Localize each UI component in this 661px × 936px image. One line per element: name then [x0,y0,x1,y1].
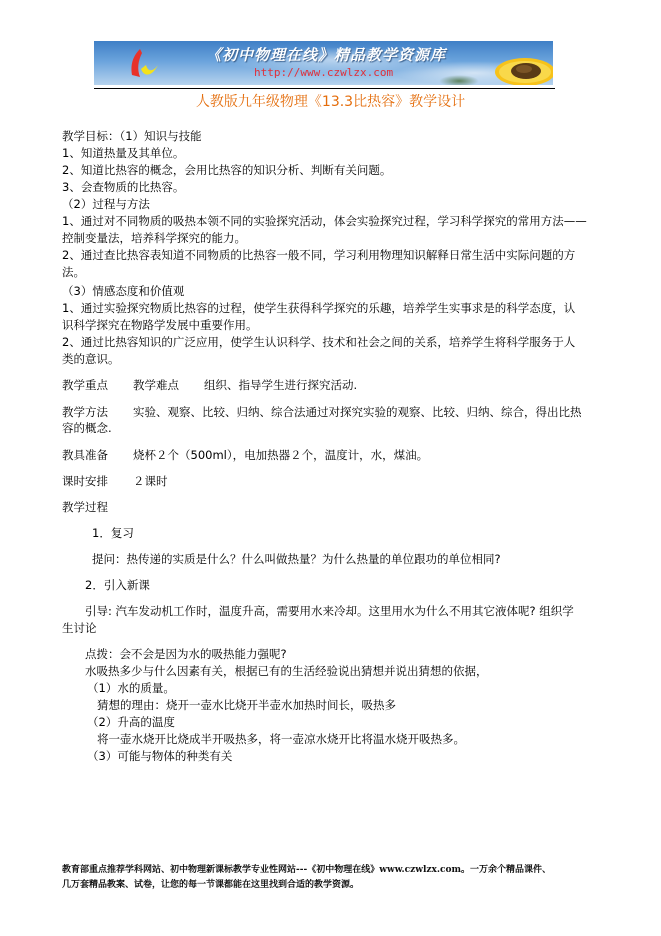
banner-url[interactable]: http://www.czwlzx.com [254,66,393,79]
attitude-item: 1、通过实验探究物质比热容的过程，使学生获得科学探究的乐趣，培养学生实事求是的科… [62,301,575,315]
schedule-row: 课时安排 ２课时 [62,474,108,488]
attitude-item-cont: 类的意识。 [62,352,120,366]
attitude-item: 2、通过比热容知识的广泛应用，使学生认识科学、技术和社会之间的关系，培养学生将科… [62,335,575,349]
footer-line: 几万套精品教案、试卷，让您的每一节课都能在这里找到合适的教学资源。 [62,877,359,890]
attitude-heading: （3）情感态度和价值观 [62,284,184,298]
process-heading: （2）过程与方法 [62,197,150,211]
process-item: 1、通过对不同物质的吸热本领不同的实验探究活动，体会实验探究过程，学习科学探究的… [62,214,587,228]
methods-value-cont: 容的概念. [62,421,112,435]
objective-item: 3、会查物质的比热容。 [62,180,184,194]
site-banner[interactable]: 《初中物理在线》精品教学资源库 http://www.czwlzx.com [94,41,553,85]
process-item-cont: 控制变量法，培养科学探究的能力。 [62,231,246,245]
factor-detail: 将一壶水烧开比烧成半开吸热多，将一壶凉水烧开比将温水烧开吸热多。 [97,732,465,746]
materials-value: 烧杯２个（500ml），电加热器２个，温度计，水，煤油。 [133,448,428,462]
banner-title: 《初中物理在线》精品教学资源库 [206,44,446,65]
objective-item: 1、知道热量及其单位。 [62,146,184,160]
guide-text-cont: 生讨论 [62,621,97,635]
hint-follow-text: 水吸热多少与什么因素有关，根据已有的生活经验说出猜想并说出猜想的依据， [85,664,488,678]
materials-row: 教具准备 烧杯２个（500ml），电加热器２个，温度计，水，煤油。 [62,448,108,462]
review-question: 提问：热传递的实质是什么？什么叫做热量？为什么热量的单位跟功的单位相同? [92,552,501,566]
teaching-process-heading: 教学过程 [62,500,108,514]
schedule-value: ２课时 [133,474,168,488]
objectives-heading: 教学目标：（1）知识与技能 [62,129,202,143]
key-points-label: 教学重点 [62,378,108,392]
factor-label: （3）可能与物体的种类有关 [87,749,232,763]
review-heading: 1．复习 [92,526,134,540]
materials-label: 教具准备 [62,448,108,462]
methods-value: 实验、观察、比较、归纳、综合法通过对探究实验的观察、比较、归纳、综合，得出比热 [133,405,582,419]
sunflower-icon [493,55,553,85]
guide-text: 引导: 汽车发动机工作时，温度升高，需要用水来冷却。这里用水为什么不用其它液体呢… [85,604,574,618]
objective-item: 2、知道比热容的概念，会用比热容的知识分析、判断有关问题。 [62,163,391,177]
document-page: 《初中物理在线》精品教学资源库 http://www.czwlzx.com 人教… [0,0,661,936]
key-points-value: 组织、指导学生进行探究活动. [204,378,357,392]
banner-grass [439,75,479,85]
factor-detail: 猜想的理由：烧开一壶水比烧开半壶水加热时间长，吸热多 [97,698,396,712]
key-points-row: 教学重点 教学难点 组织、指导学生进行探究活动. [62,378,108,392]
factor-label: （1）水的质量。 [87,681,175,695]
process-item-cont: 法。 [62,265,85,279]
header-divider [94,88,555,89]
attitude-item-cont: 识科学探究在物路学发展中重要作用。 [62,318,258,332]
factor-label: （2）升高的温度 [87,715,175,729]
difficulty-label: 教学难点 [133,378,179,392]
methods-row: 教学方法 实验、观察、比较、归纳、综合法通过对探究实验的观察、比较、归纳、综合，… [62,405,108,419]
site-logo-icon [124,47,164,81]
footer-line: 教育部重点推荐学科网站、初中物理新课标教学专业性网站---《初中物理在线》www… [62,862,551,875]
schedule-label: 课时安排 [62,474,108,488]
page-title: 人教版九年级物理《13.3比热容》教学设计 [0,91,661,111]
methods-label: 教学方法 [62,405,108,419]
process-item: 2、通过查比热容表知道不同物质的比热容一般不同，学习利用物理知识解释日常生活中实… [62,248,575,262]
hint-text: 点拨：会不会是因为水的吸热能力强呢? [85,647,287,661]
new-lesson-heading: 2．引入新课 [85,578,150,592]
